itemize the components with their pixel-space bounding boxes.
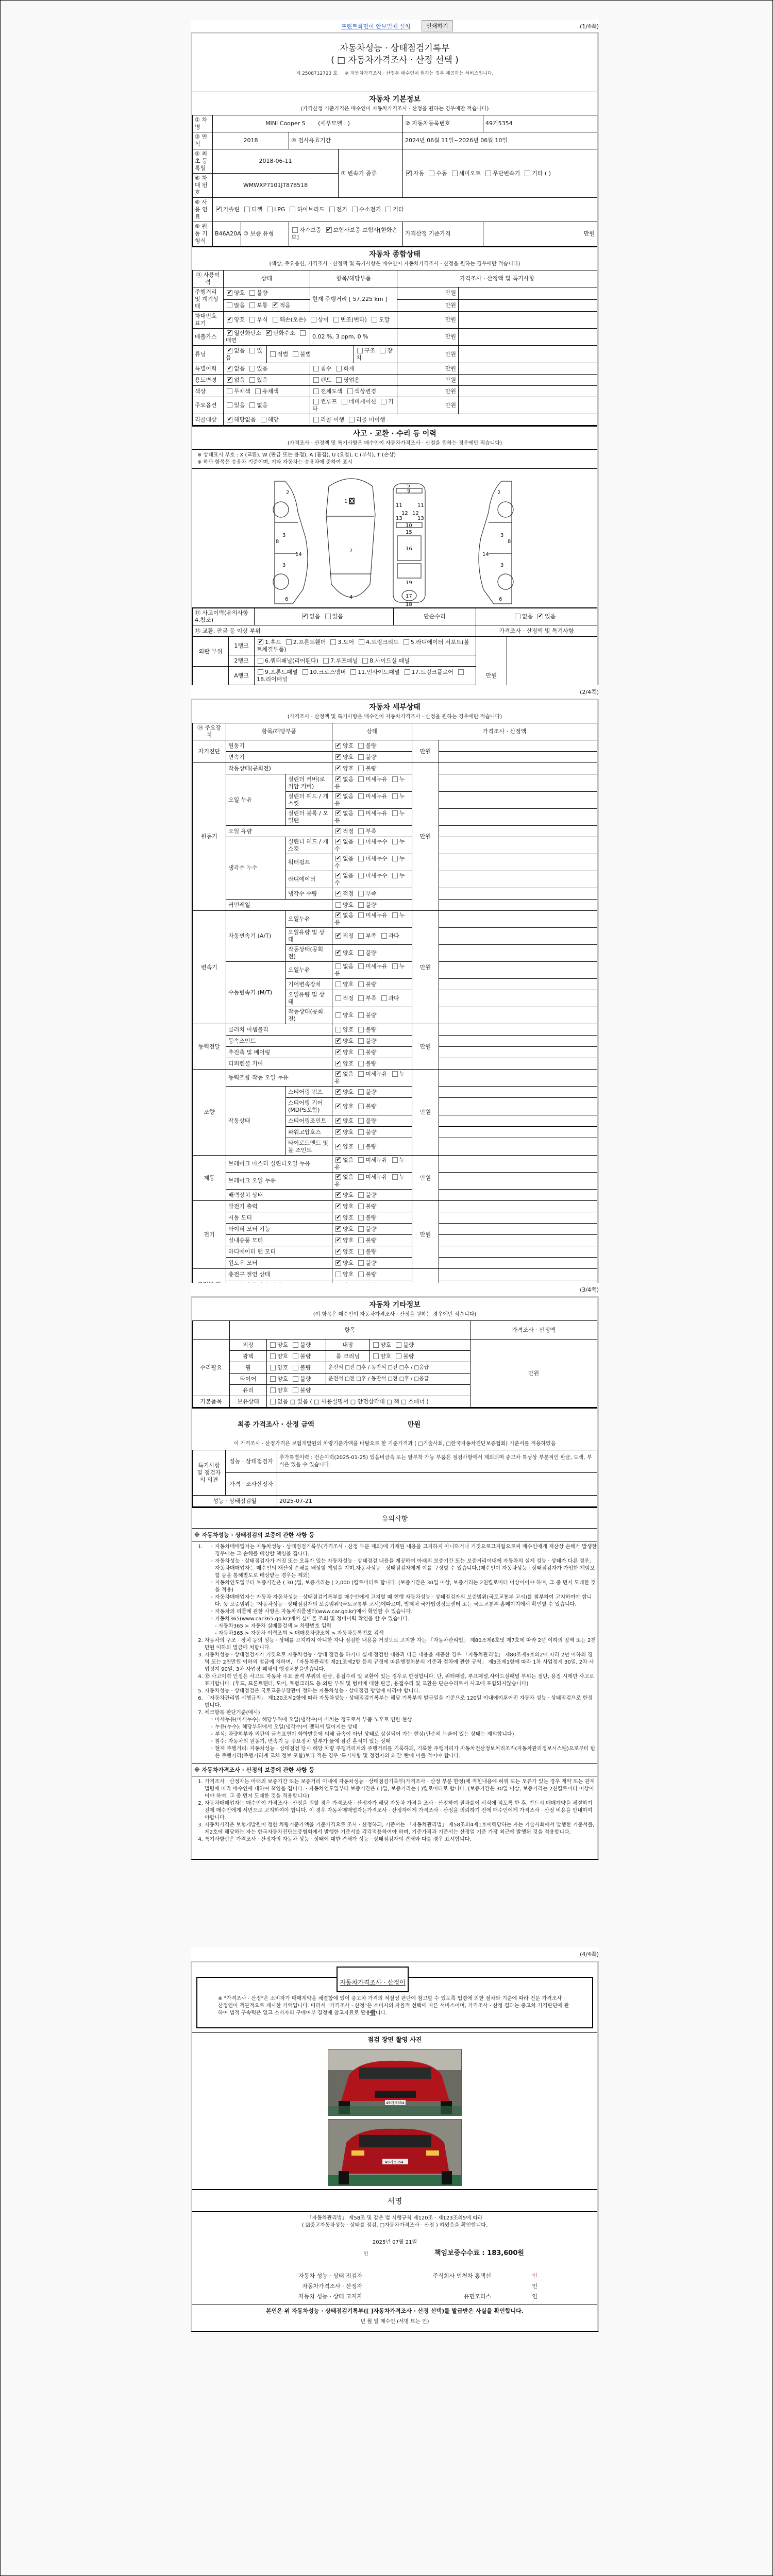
checkbox[interactable] [286,639,292,645]
page-number: (1/4쪽) [580,22,599,30]
checkbox-label: 2.프론트휀더 [293,639,326,646]
checkbox[interactable] [323,658,329,664]
checkbox[interactable] [293,351,298,357]
checkbox[interactable] [358,1204,364,1209]
detail-table: ⑭ 주요장치항목/해당부품상태가격조사 · 산정액자기진단원동기양호 불량 만원… [192,723,597,1320]
checkbox-label: 양호 [343,1012,354,1019]
checkbox[interactable] [258,658,263,664]
caution-item: 자동차매매업자는 자동차성능 · 상태점검기록부(가격조사 · 산정 부분 제외… [205,1544,597,1637]
checkbox[interactable] [335,1204,341,1209]
detail-row: 오일 유량적정 부족 [193,826,597,837]
checkbox[interactable] [362,658,368,664]
checkbox[interactable] [392,839,398,844]
checkbox[interactable] [358,950,364,956]
checkbox-label: 화재 [343,365,354,372]
checkbox[interactable] [358,1260,364,1266]
checkbox[interactable] [381,933,387,939]
checkbox-label: 해당없음 [234,416,256,423]
checkbox[interactable] [335,1049,341,1055]
checkbox[interactable] [358,1192,364,1198]
license-plate: 49거 5354 [386,2100,405,2105]
checkbox[interactable] [358,873,364,878]
checkbox-label: 무단변속기 [493,170,520,177]
overall-row: 색상무채색 유채색 전체도색 색상변경 만원 [193,386,597,397]
checkbox[interactable] [358,766,364,771]
signer-list: 자동차 성능 · 상태 점검자 주식회사 인천차 홍택선 인 자동차가격조사 ·… [192,2271,597,2302]
checkbox[interactable] [335,1129,341,1135]
checkbox[interactable] [249,348,255,353]
checkbox[interactable] [335,933,341,939]
svg-text:17: 17 [406,594,412,599]
checkbox[interactable] [358,912,364,918]
device-group: 원동기 [193,763,226,911]
checkbox[interactable] [335,828,341,834]
detail-row: 배력장치 상태양호 불량 [193,1190,597,1201]
front-photo: 49거 5354 [328,2049,462,2116]
checkbox[interactable] [452,171,458,176]
checkbox-label: 7.루프패널 [330,657,358,664]
status-legend: ※ 상태표시 부호 : X (교환), W (판금 또는 용접), A (흠집)… [192,449,597,469]
checkbox[interactable] [525,171,530,176]
checkbox[interactable] [335,1027,341,1032]
checkbox[interactable] [270,1342,276,1348]
checkbox-label: 양호 [343,1203,354,1210]
checkbox[interactable] [258,639,263,645]
detail-row: 와이퍼 모터 기능양호 불량 [193,1224,597,1235]
checkbox[interactable] [261,417,266,422]
checkbox-label: 17.트렁크플로어 [412,669,453,675]
checkbox[interactable] [302,614,308,619]
opinion-table: 특기사항 및 점검자의 의견 성능 · 상태점검자 추가특별이력 : 전손이력(… [192,1450,597,1507]
doc-number: 제 2508712723 호 [296,71,338,76]
inspection-period: 2024년 06월 11일~2026년 06월 10일 [403,132,597,149]
checkbox-label: 양호 [277,1342,288,1348]
checkbox-label: 미세누유 [365,793,388,800]
checkbox[interactable] [335,963,341,969]
checkbox[interactable] [249,377,255,383]
checkbox-label: 양호 [343,1237,354,1244]
checkbox-label: 양호 [343,1271,354,1278]
checkbox[interactable] [290,207,295,212]
checkbox[interactable] [350,669,356,675]
signer-row: 자동차가격조사 · 산정자 인 [192,2281,597,2292]
checkbox-label: 불량 [365,1192,376,1198]
checkbox-label: 자가보증 [299,227,322,233]
checkbox[interactable] [358,1144,364,1149]
checkbox-label: 적정 [343,828,354,835]
checkbox[interactable] [293,1387,298,1393]
checkbox[interactable] [359,639,364,645]
checkbox-label: 무채색 [234,388,250,395]
checkbox[interactable] [485,171,491,176]
checkbox-label: 구조 [364,347,375,354]
checkbox[interactable] [330,639,336,645]
checkbox-label: 있음 [332,613,343,620]
checkbox[interactable] [358,1061,364,1066]
checkbox-label: 없음 [343,838,354,845]
checkbox-label: 하이브리드 [297,206,324,213]
checkbox-label: 탄화수소 [273,330,295,336]
checkbox[interactable] [392,1174,398,1180]
checkbox[interactable] [358,810,364,816]
checkbox[interactable] [300,330,306,336]
page-number: (4/4쪽) [580,1950,599,1958]
checkbox[interactable] [335,1144,341,1149]
checkbox[interactable] [358,1118,364,1124]
other-title: 자동차 기타정보 (이 항목은 매수인이 자동차가격조사 · 산정을 원하는 경… [192,1298,597,1320]
checkbox[interactable] [335,1104,341,1109]
checkbox-label: 불량 [365,1129,376,1136]
checkbox[interactable] [335,1071,341,1077]
checkbox[interactable] [335,1238,341,1243]
legend-line: ※ 상태표시 부호 : X (교환), W (판금 또는 용접), A (흠집)… [197,452,592,459]
checkbox[interactable] [227,388,232,394]
svg-text:7: 7 [349,548,352,554]
checkbox[interactable] [249,290,255,296]
checkbox-label: 렌트 [321,377,331,383]
checkbox[interactable] [358,1104,364,1109]
checkbox[interactable] [358,1157,364,1163]
basic-info-table: ① 차명 MINI Cooper S (세부모델 : ) ② 자동차등록번호 4… [192,115,597,246]
checkbox[interactable] [335,912,341,918]
checkbox-label: 없음 [309,613,320,620]
checkbox[interactable] [392,1157,398,1163]
checkbox[interactable] [392,810,398,816]
page-number: (2/4쪽) [580,688,599,696]
checkbox[interactable] [336,377,342,383]
checkbox[interactable] [392,873,398,878]
checkbox[interactable] [335,1012,341,1018]
detail-row: 커먼레일양호 불량 [193,900,597,911]
checkbox[interactable] [335,902,341,908]
checkbox-label: 4.트렁크리드 [366,639,399,646]
car-outline-icon: 23 38 146 1 X 74 9 5 10 15 16 19 17 1111 [264,471,522,607]
signer-row: 자동차 성능 · 상태 고지자 유민모터스 인 [192,2292,597,2302]
checkbox[interactable] [358,1249,364,1255]
checkbox[interactable] [372,317,377,323]
checkbox[interactable] [335,1272,341,1277]
checkbox-label: 부족 [365,995,376,1002]
checkbox-label: 불량 [365,1203,376,1210]
checkbox-label: 미세누수 [365,838,388,845]
svg-text:13: 13 [417,516,424,521]
checkbox[interactable] [270,351,276,357]
checkbox[interactable] [358,1049,364,1055]
svg-text:2: 2 [497,490,500,496]
accident-title: 사고 · 교환 · 수리 등 이력 (가격조사 · 산정액 및 특기사항은 매수… [192,426,597,449]
checkbox[interactable] [258,669,263,675]
checkbox-label: 양호 [277,1376,288,1382]
checkbox-label: 있음 [257,365,267,372]
checkbox[interactable] [335,873,341,878]
checkbox[interactable] [313,399,319,404]
checkbox[interactable] [267,207,273,212]
checkbox[interactable] [392,963,398,969]
checkbox[interactable] [358,1027,364,1032]
license-plate: 49거 5354 [385,2160,404,2164]
checkbox[interactable] [227,417,232,422]
checkbox[interactable] [293,1376,298,1382]
checkbox-label: 양호 [343,1089,354,1095]
checkbox-label: 양호 [234,316,245,323]
checkbox[interactable] [227,348,232,353]
caution-item: 자동차매매업자는 매수인이 가격조사 · 산정을 원할 경우 가격조사 · 산정… [205,1800,597,1822]
checkbox[interactable] [313,388,319,394]
checkbox[interactable] [335,1118,341,1124]
checkbox-label: 없음 [343,776,354,783]
checkbox-label: 양호 [380,1353,391,1360]
checkbox[interactable] [358,1038,364,1044]
caution-item: 자동차성능 · 상태점검은 국토교통부장관이 정하는 자동차성능 · 상태점검 … [205,1688,597,1695]
seal-mark: 인 [491,2271,537,2281]
checkbox[interactable] [385,207,391,212]
confirm-text: ( ☑중고자동차성능 · 상태를 점검, □자동차가격조사 · 산정 ) 하였음… [192,2222,597,2229]
checkbox[interactable] [227,290,232,296]
checkbox[interactable] [342,399,347,404]
detail-row: 변속기양호 불량 [193,752,597,763]
checkbox-label: 없음 [343,912,354,919]
checkbox[interactable] [358,981,364,987]
checkbox[interactable] [358,1215,364,1221]
checkbox-label: 양호 [343,981,354,988]
checkbox[interactable] [227,330,232,336]
checkbox[interactable] [216,207,222,212]
detail-row: 고전원 전기장치충전구 절연 상태양호 불량 만원 [193,1269,597,1280]
checkbox[interactable] [429,171,434,176]
overall-row: 주요옵션있음 없음 썬루프 네비게이션 기타 만원 [193,397,597,414]
checkbox-label: 썬루프 [321,398,337,405]
checkbox-label: 9.프론트패널 [265,669,298,675]
other-info-table: 항목가격조사 · 산정액수리필요외장양호 불량 내장양호 불량 만원광택양호 불… [192,1320,597,1408]
print-toolbar: 프린트화면이 안보일때 설치 인쇄하기 (1/4쪽) [191,20,599,32]
checkbox[interactable] [335,856,341,861]
checkbox[interactable] [227,366,232,371]
checkbox[interactable] [358,1012,364,1018]
checkbox-label: 미세누유 [365,1174,388,1180]
checkbox-label: 불량 [365,902,376,908]
checkbox[interactable] [358,902,364,908]
checkbox-label: 불량 [365,754,376,760]
checkbox[interactable] [329,207,335,212]
caution-item: 특기사항란은 가격조사 · 산정자의 자동차 성능 · 상태에 대한 견해가 성… [205,1836,597,1843]
detail-row: 라디에이터 팬 모터양호 불량 [193,1246,597,1258]
checkbox[interactable] [293,1365,298,1370]
checkbox[interactable] [270,1376,276,1382]
checkbox[interactable] [335,981,341,987]
checkbox[interactable] [358,754,364,760]
checkbox[interactable] [381,399,386,404]
detail-row: 냉각수 누수실린더 헤드 / 개스킷없음 미세누수 누수 [193,837,597,854]
checkbox[interactable] [352,207,358,212]
checkbox[interactable] [373,1342,379,1348]
checkbox[interactable] [358,963,364,969]
svg-text:10: 10 [406,523,412,529]
checkbox[interactable] [358,1071,364,1077]
section-subheading: (가격조사 · 산정액 및 특기사항은 매수인이 자동차가격조사 · 산정을 원… [192,439,597,448]
checkbox[interactable] [358,828,364,834]
checkbox[interactable] [273,302,278,308]
checkbox[interactable] [392,912,398,918]
checkbox[interactable] [392,776,398,782]
checkbox[interactable] [358,839,364,844]
signer-row: 자동차 성능 · 상태 점검자 주식회사 인천차 홍택선 인 [192,2271,597,2281]
checkbox[interactable] [358,1226,364,1232]
checkbox[interactable] [335,1038,341,1044]
checkbox[interactable] [358,995,364,1001]
checkbox[interactable] [270,1353,276,1359]
checkbox-label: 양호 [343,765,354,772]
checkbox[interactable] [381,995,387,1001]
checkbox[interactable] [358,1174,364,1180]
checkbox-label: 일산화탄소 [234,330,261,336]
checkbox[interactable] [227,377,232,383]
checkbox-label: 10.크로스멤버 [310,669,346,675]
checkbox[interactable] [313,366,319,371]
checkbox[interactable] [335,839,341,844]
checkbox[interactable] [333,317,339,323]
checkbox[interactable] [293,1342,298,1348]
section-subheading: (색상, 주요옵션, 가격조사 · 산정액 및 특기사항은 매수인이 자동차가격… [192,260,597,269]
checkbox[interactable] [249,366,255,371]
checkbox[interactable] [335,776,341,782]
checkbox[interactable] [335,950,341,956]
checkbox[interactable] [396,1353,401,1359]
checkbox[interactable] [335,754,341,760]
checkbox[interactable] [293,1353,298,1359]
checkbox[interactable] [249,317,255,323]
checkbox[interactable] [335,1249,341,1255]
checkbox-label: 불량 [257,290,267,296]
checkbox[interactable] [358,1129,364,1135]
device-group: 전기 [193,1201,226,1269]
checkbox[interactable] [392,856,398,861]
checkbox[interactable] [335,793,341,799]
checkbox[interactable] [335,743,341,749]
checkbox[interactable] [292,227,298,233]
checkbox[interactable] [335,1226,341,1232]
checkbox-label: 불량 [300,1364,311,1371]
checkbox[interactable] [404,639,409,645]
legend-line: ※ 하단 항목은 승용차 기준이며, 기타 자동차는 승용차에 준하여 표시 [197,459,592,466]
checkbox-label: LPG [274,206,285,213]
checkbox[interactable] [349,417,355,422]
checkbox[interactable] [357,348,363,353]
checkbox[interactable] [270,1387,276,1393]
checkbox[interactable] [335,1174,341,1180]
checkbox[interactable] [458,669,464,675]
device-group: 변속기 [193,911,226,1024]
checkbox[interactable] [358,933,364,939]
checkbox-label: 유채색 [262,388,279,395]
checkbox[interactable] [358,1238,364,1243]
checkbox[interactable] [358,743,364,749]
checkbox[interactable] [358,793,364,799]
checkbox-label: 없음 [234,365,245,372]
checkbox[interactable] [270,1399,276,1404]
base-price: 만원 [483,222,597,246]
checkbox[interactable] [313,417,319,422]
checkbox[interactable] [515,614,520,619]
checkbox-label: 양호 [234,290,245,296]
section-heading: 자동차 세부상태 [192,702,597,713]
checkbox[interactable] [335,1215,341,1221]
checkbox[interactable] [358,856,364,861]
checkbox[interactable] [335,1061,341,1066]
checkbox[interactable] [537,614,543,619]
checkbox[interactable] [396,1342,401,1348]
checkbox[interactable] [303,669,308,675]
print-button[interactable]: 인쇄하기 [422,20,453,31]
checkbox[interactable] [335,891,341,896]
checkbox-label: 8.사이드실 패널 [369,657,410,664]
document-title: 자동차성능 · 상태점검기록부 [192,43,597,54]
checkbox[interactable] [335,1192,341,1198]
label: 성능 · 상태점검일 [193,1496,277,1507]
checkbox-label: 없음 [343,1071,354,1077]
checkbox[interactable] [405,669,410,675]
checkbox[interactable] [358,1089,364,1095]
checkbox[interactable] [255,388,261,394]
final-price-label: 최종 가격조사 · 산정 금액 [238,1419,408,1429]
checkbox[interactable] [249,302,255,308]
checkbox[interactable] [311,317,316,323]
checkbox[interactable] [347,388,353,394]
checkbox[interactable] [358,1272,364,1277]
checkbox-label: 불량 [300,1387,311,1394]
checkbox-label: 영업용 [343,377,360,383]
checkbox-label: 있음 [257,377,267,383]
checkbox-label: 양호 [343,754,354,760]
checkbox[interactable] [326,227,332,233]
install-link[interactable]: 프린트화면이 안보일때 설치 [341,22,411,30]
checkbox-label: 불량 [365,1060,376,1067]
checkbox[interactable] [392,1071,398,1077]
checkbox[interactable] [335,766,341,771]
checkbox[interactable] [335,995,341,1001]
checkbox[interactable] [335,1157,341,1163]
checkbox[interactable] [336,366,342,371]
checkbox[interactable] [406,171,412,176]
first-registration: 2018-06-11 [213,149,339,174]
checkbox[interactable] [270,1365,276,1370]
checkbox[interactable] [392,793,398,799]
checkbox[interactable] [244,207,250,212]
checkbox[interactable] [249,402,255,408]
checkbox[interactable] [313,377,319,383]
checkbox[interactable] [380,348,385,353]
checkbox[interactable] [227,402,232,408]
checkbox[interactable] [358,891,364,896]
checkbox[interactable] [358,776,364,782]
checkbox[interactable] [227,302,232,308]
page-1: 프린트화면이 안보일때 설치 인쇄하기 (1/4쪽) 자동차성능 · 상태점검기… [191,20,599,716]
checkbox[interactable] [325,614,331,619]
checkbox[interactable] [335,1260,341,1266]
checkbox[interactable] [227,317,232,323]
page-2-head: (2/4쪽) [191,685,599,699]
detail-row: 자기진단원동기양호 불량 만원 [193,740,597,752]
checkbox[interactable] [273,317,278,323]
buyer-sign-line[interactable]: 년 월 일 매수인 (서명 또는 인) [192,2317,597,2331]
checkbox-label: 양호 [343,950,354,956]
checkbox[interactable] [266,330,272,336]
checkbox[interactable] [373,1353,379,1359]
checkbox-label: 변조(변타) [341,316,367,323]
checkbox-label: 양호 [343,1103,354,1110]
checkbox[interactable] [335,810,341,816]
checkbox-label: 불량 [365,765,376,772]
checkbox[interactable] [335,1089,341,1095]
